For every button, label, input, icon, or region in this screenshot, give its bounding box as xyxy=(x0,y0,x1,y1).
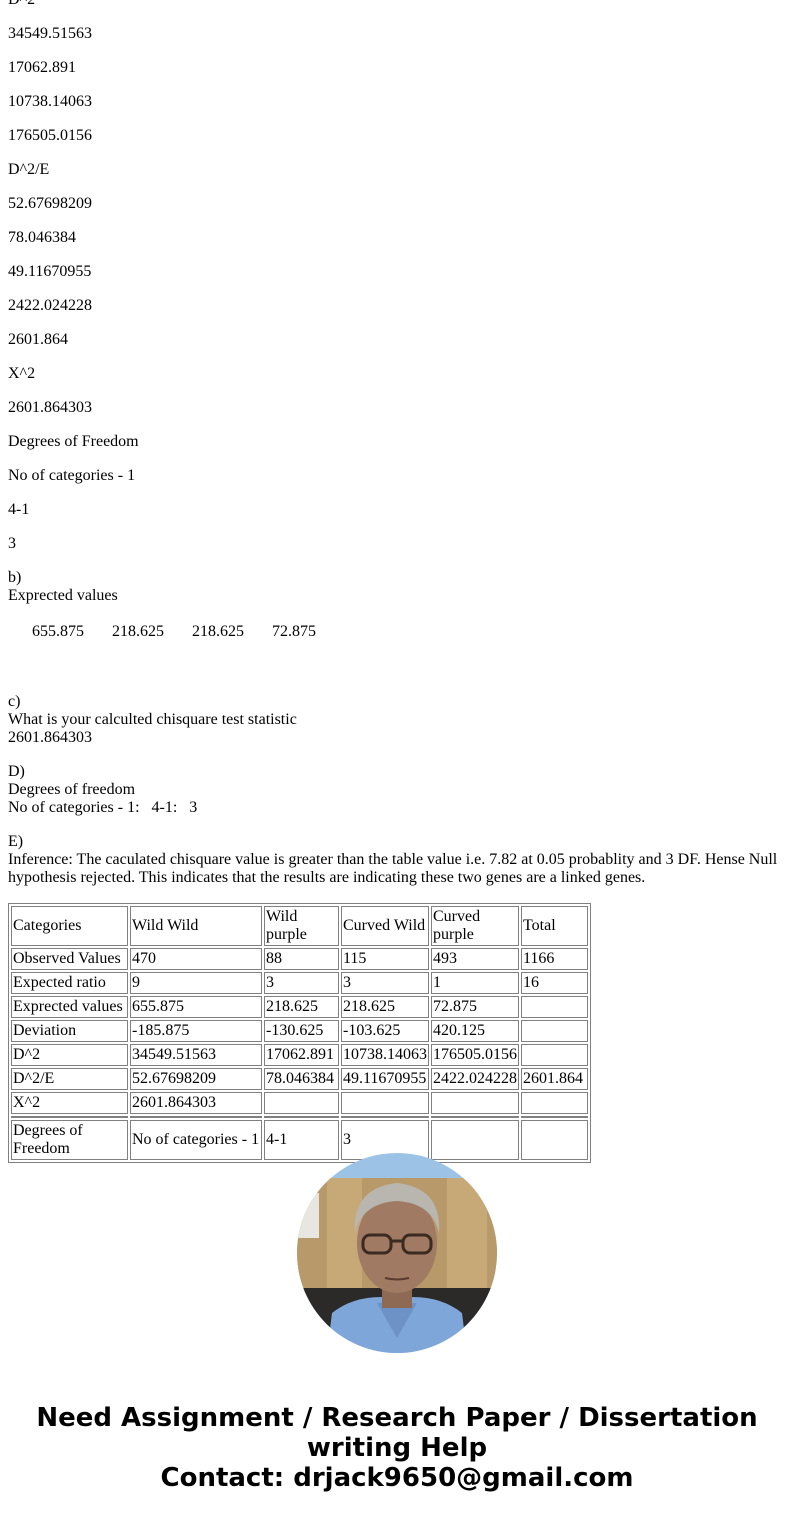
table-cell: 34549.51563 xyxy=(130,1044,262,1066)
table-cell: 218.625 xyxy=(264,996,339,1018)
table-cell xyxy=(431,1116,519,1118)
value-line: D^2/E xyxy=(8,161,786,179)
table-cell: 3 xyxy=(341,972,429,994)
table-cell: 176505.0156 xyxy=(431,1044,519,1066)
table-cell: No of categories - 1 xyxy=(130,1120,262,1160)
table-cell xyxy=(431,1092,519,1114)
value-line: 176505.0156 xyxy=(8,127,786,145)
part-b: b) Exprected values 655.875218.625218.62… xyxy=(8,569,786,659)
table-header-row: CategoriesWild WildWild purpleCurved Wil… xyxy=(11,906,588,946)
table-cell xyxy=(264,1092,339,1114)
value-line: 49.11670955 xyxy=(8,263,786,281)
table-cell xyxy=(521,1120,588,1160)
expected-value: 655.875 xyxy=(32,623,112,641)
table-cell: 16 xyxy=(521,972,588,994)
document-body: D^234549.5156317062.89110738.14063176505… xyxy=(8,0,786,1163)
row-label-cell: D^2 xyxy=(11,1044,128,1066)
table-cell: 218.625 xyxy=(341,996,429,1018)
table-row: Expected ratio933116 xyxy=(11,972,588,994)
value-line: 2601.864 xyxy=(8,331,786,349)
part-b-title: Exprected values xyxy=(8,587,786,605)
author-avatar xyxy=(297,1153,497,1353)
part-c-answer: 2601.864303 xyxy=(8,729,786,747)
table-row: Observed Values470881154931166 xyxy=(11,948,588,970)
value-line: 78.046384 xyxy=(8,229,786,247)
part-d-answer: No of categories - 1: 4-1: 3 xyxy=(8,799,786,817)
table-cell: 17062.891 xyxy=(264,1044,339,1066)
photo-switchboard xyxy=(297,1193,319,1238)
value-line: 2601.864303 xyxy=(8,399,786,417)
promo-line-1: Need Assignment / Research Paper / Disse… xyxy=(0,1403,794,1433)
part-b-label: b) xyxy=(8,569,786,587)
table-cell: 9 xyxy=(130,972,262,994)
table-cell: 470 xyxy=(130,948,262,970)
table-cell: 2422.024228 xyxy=(431,1068,519,1090)
table-cell: -130.625 xyxy=(264,1020,339,1042)
table-row: Exprected values655.875218.625218.62572.… xyxy=(11,996,588,1018)
table-cell: Wild purple xyxy=(264,906,339,946)
continued-values-list: D^234549.5156317062.89110738.14063176505… xyxy=(8,0,786,553)
part-e-label: E) xyxy=(8,833,786,851)
table-cell: Total xyxy=(521,906,588,946)
table-cell xyxy=(341,1092,429,1114)
promo-line-3: Contact: drjack9650@gmail.com xyxy=(0,1463,794,1493)
expected-value: 218.625 xyxy=(192,623,272,641)
row-label-cell: Deviation xyxy=(11,1020,128,1042)
expected-value: 218.625 xyxy=(112,623,192,641)
row-label-cell: Categories xyxy=(11,906,128,946)
row-label-cell: Expected ratio xyxy=(11,972,128,994)
value-line: 17062.891 xyxy=(8,59,786,77)
part-c: c) What is your calculted chisquare test… xyxy=(8,693,786,747)
table-row: D^2/E52.6769820978.04638449.116709552422… xyxy=(11,1068,588,1090)
table-cell: 4-1 xyxy=(264,1120,339,1160)
value-line: 2422.024228 xyxy=(8,297,786,315)
part-c-label: c) xyxy=(8,693,786,711)
value-line: D^2 xyxy=(8,0,786,9)
expected-value: 72.875 xyxy=(272,623,316,641)
table-cell xyxy=(521,996,588,1018)
part-d-title: Degrees of freedom xyxy=(8,781,786,799)
value-line: 52.67698209 xyxy=(8,195,786,213)
photo-wall-carving-right xyxy=(447,1178,487,1288)
table-cell: 3 xyxy=(264,972,339,994)
table-cell: 2601.864303 xyxy=(130,1092,262,1114)
table-cell xyxy=(264,1116,339,1118)
promo-line-2: writing Help xyxy=(0,1433,794,1463)
row-label-cell xyxy=(11,1116,128,1118)
row-label-cell: D^2/E xyxy=(11,1068,128,1090)
value-line: 34549.51563 xyxy=(8,25,786,43)
table-row: Deviation-185.875-130.625-103.625420.125 xyxy=(11,1020,588,1042)
value-line: 3 xyxy=(8,535,786,553)
table-cell: 115 xyxy=(341,948,429,970)
value-line: No of categories - 1 xyxy=(8,467,786,485)
table-cell xyxy=(521,1044,588,1066)
table-cell xyxy=(341,1116,429,1118)
row-label-cell: Observed Values xyxy=(11,948,128,970)
table-cell: 10738.14063 xyxy=(341,1044,429,1066)
promo-banner: Need Assignment / Research Paper / Disse… xyxy=(0,1403,794,1493)
table-cell: 1166 xyxy=(521,948,588,970)
table-cell: 420.125 xyxy=(431,1020,519,1042)
table-cell: 78.046384 xyxy=(264,1068,339,1090)
value-line: 10738.14063 xyxy=(8,93,786,111)
row-label-cell: Exprected values xyxy=(11,996,128,1018)
chi-square-table: CategoriesWild WildWild purpleCurved Wil… xyxy=(8,903,591,1163)
row-label-cell: X^2 xyxy=(11,1092,128,1114)
table-row: D^234549.5156317062.89110738.14063176505… xyxy=(11,1044,588,1066)
table-cell xyxy=(431,1120,519,1160)
value-line: X^2 xyxy=(8,365,786,383)
photo-wall-carving-left xyxy=(327,1178,362,1288)
value-line: Degrees of Freedom xyxy=(8,433,786,451)
author-portrait-image xyxy=(297,1153,497,1353)
table-cell: 493 xyxy=(431,948,519,970)
table-cell: -185.875 xyxy=(130,1020,262,1042)
table-cell: Curved Wild xyxy=(341,906,429,946)
table-cell: 52.67698209 xyxy=(130,1068,262,1090)
part-e-inference: Inference: The caculated chisquare value… xyxy=(8,851,786,887)
part-e: E) Inference: The caculated chisquare va… xyxy=(8,833,786,887)
table-cell: 72.875 xyxy=(431,996,519,1018)
value-line: 4-1 xyxy=(8,501,786,519)
part-d: D) Degrees of freedom No of categories -… xyxy=(8,763,786,817)
table-row xyxy=(11,1116,588,1118)
table-cell: 1 xyxy=(431,972,519,994)
table-cell: Wild Wild xyxy=(130,906,262,946)
table-cell: 49.11670955 xyxy=(341,1068,429,1090)
table-cell xyxy=(521,1020,588,1042)
row-label-cell: Degrees of Freedom xyxy=(11,1120,128,1160)
table-cell: 655.875 xyxy=(130,996,262,1018)
part-d-label: D) xyxy=(8,763,786,781)
part-c-question: What is your calculted chisquare test st… xyxy=(8,711,786,729)
table-cell: -103.625 xyxy=(341,1020,429,1042)
table-cell: 2601.864 xyxy=(521,1068,588,1090)
table-cell xyxy=(521,1116,588,1118)
table-cell: Curved purple xyxy=(431,906,519,946)
table-cell xyxy=(130,1116,262,1118)
table-cell: 88 xyxy=(264,948,339,970)
table-row: X^22601.864303 xyxy=(11,1092,588,1114)
expected-values-row: 655.875218.625218.62572.875 xyxy=(8,605,786,659)
table-cell xyxy=(521,1092,588,1114)
table-row: Degrees of FreedomNo of categories - 14-… xyxy=(11,1120,588,1160)
